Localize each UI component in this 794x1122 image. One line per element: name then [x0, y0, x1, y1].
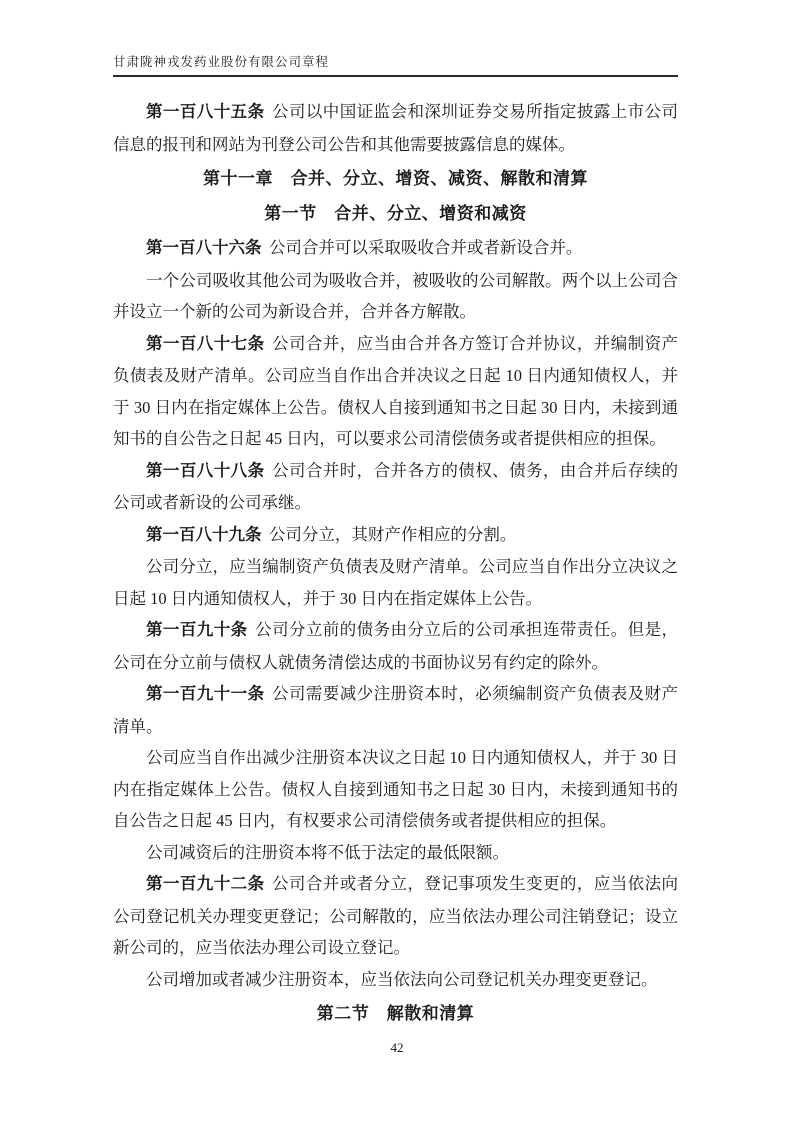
article-paragraph: 第一百八十六条公司合并可以采取吸收合并或者新设合并。 [113, 232, 678, 265]
body-paragraph: 公司增加或者减少注册资本，应当依法向公司登记机关办理变更登记。 [113, 964, 678, 996]
article-paragraph: 第一百八十九条公司分立，其财产作相应的分割。 [113, 519, 678, 552]
body-paragraph: 公司减资后的注册资本将不低于法定的最低限额。 [113, 837, 678, 869]
article-number: 第一百九十一条 [146, 685, 265, 703]
page-number: 42 [391, 1040, 404, 1055]
article-number: 第一百八十六条 [146, 239, 262, 257]
section-heading: 第一节 合并、分立、增资和减资 [113, 198, 678, 230]
header-title: 甘肃陇神戎发药业股份有限公司章程 [113, 54, 678, 71]
body-paragraph: 公司分立，应当编制资产负债表及财产清单。公司应当自作出分立决议之日起 10 日内… [113, 551, 678, 614]
page-footer: 42 [0, 1039, 794, 1057]
body-paragraph: 一个公司吸收其他公司为吸收合并，被吸收的公司解散。两个以上公司合并设立一个新的公… [113, 265, 678, 328]
article-paragraph: 第一百八十五条公司以中国证监会和深圳证券交易所指定披露上市公司信息的报刊和网站为… [113, 96, 678, 160]
body-paragraph: 公司应当自作出减少注册资本决议之日起 10 日内通知债权人，并于 30 日内在指… [113, 742, 678, 837]
article-paragraph: 第一百八十七条公司合并，应当由合并各方签订合并协议，并编制资产负债表及财产清单。… [113, 328, 678, 455]
article-paragraph: 第一百九十二条公司合并或者分立，登记事项发生变更的，应当依法向公司登记机关办理变… [113, 868, 678, 964]
article-paragraph: 第一百八十八条公司合并时，合并各方的债权、债务，由合并后存续的公司或者新设的公司… [113, 455, 678, 519]
document-body: 第一百八十五条公司以中国证监会和深圳证券交易所指定披露上市公司信息的报刊和网站为… [113, 96, 678, 1033]
article-number: 第一百九十条 [146, 621, 248, 639]
page-header: 甘肃陇神戎发药业股份有限公司章程 [113, 54, 678, 77]
article-number: 第一百八十八条 [146, 462, 265, 480]
article-paragraph: 第一百九十条公司分立前的债务由分立后的公司承担连带责任。但是，公司在分立前与债权… [113, 614, 678, 678]
article-number: 第一百八十九条 [146, 526, 262, 544]
document-page: 甘肃陇神戎发药业股份有限公司章程 第一百八十五条公司以中国证监会和深圳证券交易所… [0, 0, 794, 1122]
article-number: 第一百九十二条 [146, 875, 265, 893]
article-number: 第一百八十七条 [146, 335, 265, 353]
article-paragraph: 第一百九十一条公司需要减少注册资本时，必须编制资产负债表及财产清单。 [113, 678, 678, 742]
chapter-heading: 第十一章 合并、分立、增资、减资、解散和清算 [113, 163, 678, 195]
section-heading: 第二节 解散和清算 [113, 998, 678, 1030]
article-number: 第一百八十五条 [146, 103, 265, 121]
header-rule [113, 75, 678, 77]
